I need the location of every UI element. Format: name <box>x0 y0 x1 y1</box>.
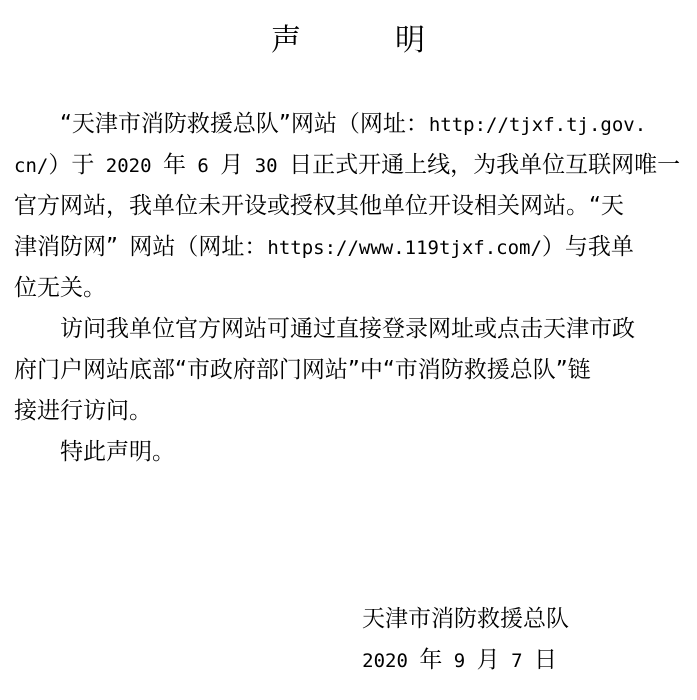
signature-spacer <box>14 473 679 599</box>
statement-line-3: 官方网站，我单位未开设或授权其他单位开设相关网站。“天 <box>14 186 679 227</box>
statement-line-2: cn/）于 2020 年 6 月 30 日正式开通上线，为我单位互联网唯一 <box>14 145 679 186</box>
statement-line-4: 津消防网” 网站（网址：https://www.119tjxf.com/）与我单 <box>14 227 679 268</box>
statement-line-7: 府门户网站底部“市政府部门网站”中“市消防救援总队”链 <box>14 350 679 391</box>
signature-date: 2020 年 9 月 7 日 <box>14 640 679 681</box>
statement-document-page: 声 明 “天津市消防救援总队”网站（网址：http://tjxf.tj.gov.… <box>0 0 697 700</box>
statement-line-9: 特此声明。 <box>14 432 679 473</box>
statement-line-1: “天津市消防救援总队”网站（网址：http://tjxf.tj.gov. <box>14 104 679 145</box>
document-body: “天津市消防救援总队”网站（网址：http://tjxf.tj.gov. cn/… <box>14 104 679 681</box>
document-title: 声 明 <box>0 24 697 58</box>
statement-line-5: 位无关。 <box>14 268 679 309</box>
statement-line-8: 接进行访问。 <box>14 391 679 432</box>
signature-org: 天津市消防救援总队 <box>14 599 679 640</box>
statement-line-6: 访问我单位官方网站可通过直接登录网址或点击天津市政 <box>14 309 679 350</box>
